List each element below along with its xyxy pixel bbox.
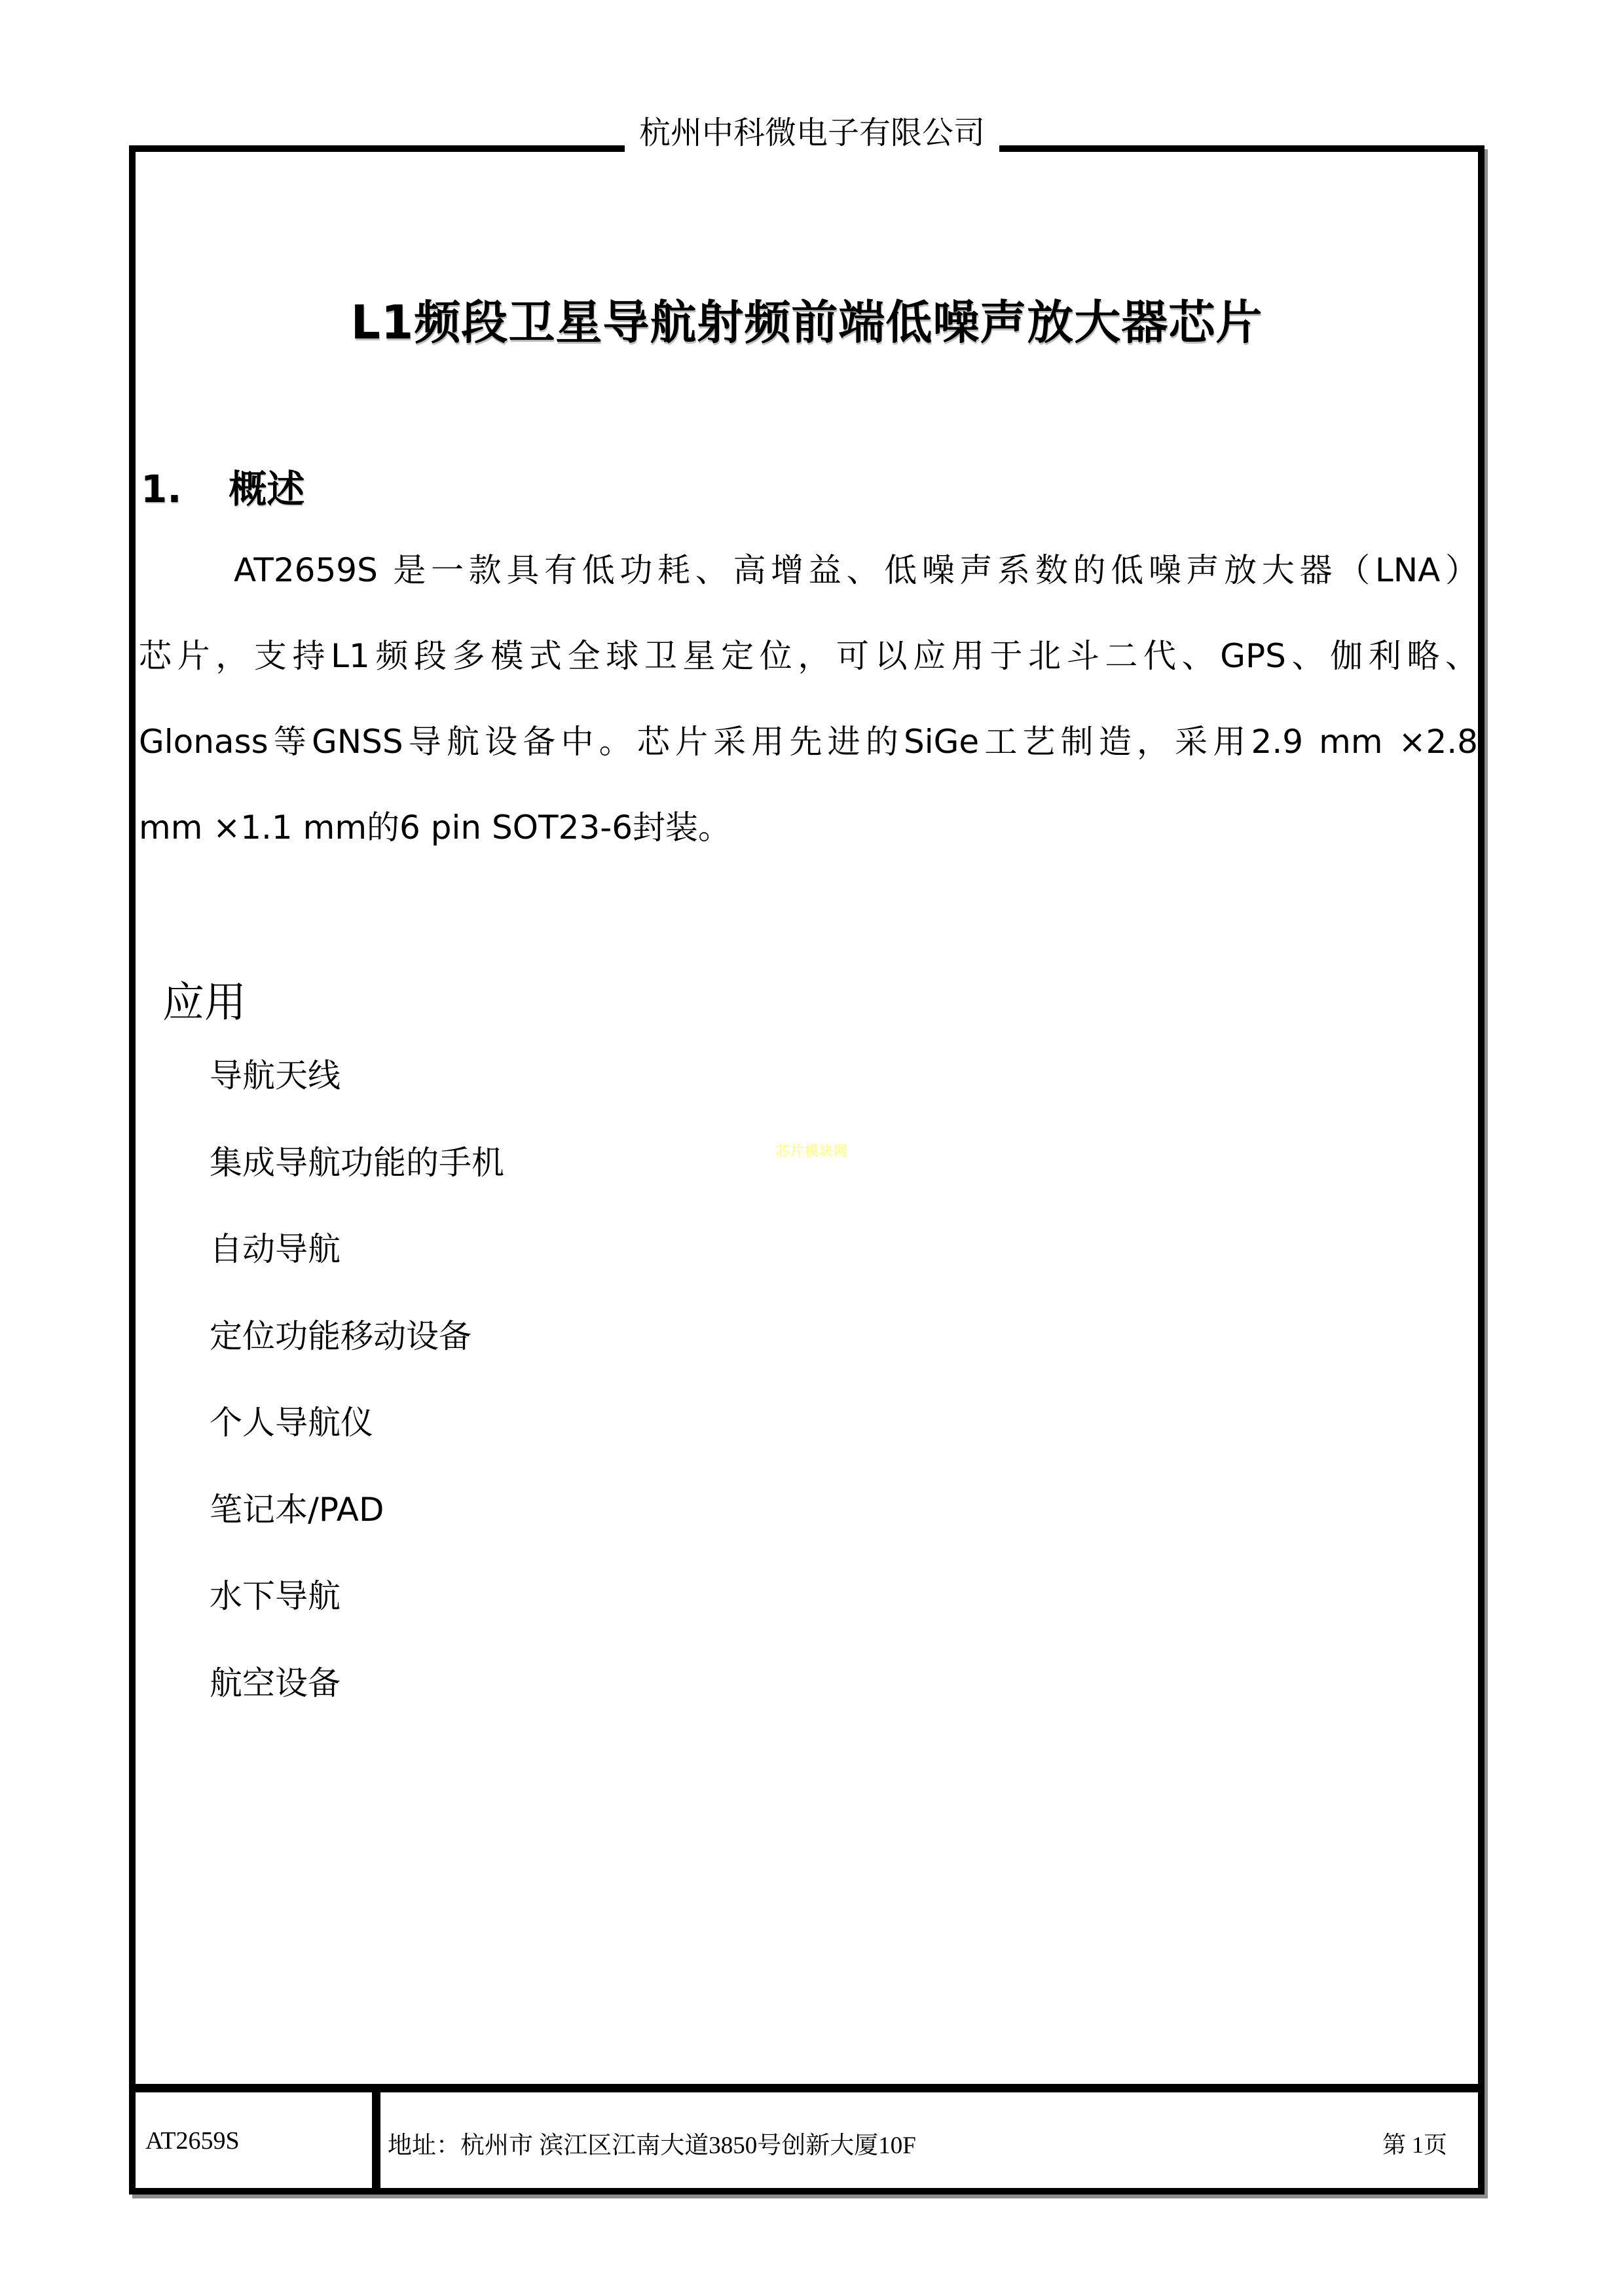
section-title: 概述 [229, 458, 304, 513]
list-item: 笔记本/PAD [210, 1467, 504, 1554]
overview-line: mm ×1.1 mm的6 pin SOT23-6封装。 [139, 785, 1478, 871]
overview-line: 芯片，支持L1频段多模式全球卫星定位，可以应用于北斗二代、GPS、伽利略、 [139, 613, 1478, 699]
list-item: 个人导航仪 [210, 1379, 504, 1467]
section-number: 1. [141, 467, 181, 511]
document-title: L1频段卫星导航射频前端低噪声放大器芯片 [136, 285, 1478, 352]
datasheet-page: 杭州中科微电子有限公司 L1频段卫星导航射频前端低噪声放大器芯片 1.概述 AT… [0, 0, 1624, 2296]
list-item: 水下导航 [210, 1553, 504, 1640]
applications-heading: 应用 [162, 969, 246, 1029]
footer-cell-divider [372, 2092, 380, 2188]
footer-address: 地址：杭州市 滨江区江南大道3850号创新大厦10F [388, 2125, 916, 2160]
overview-line: Glonass等GNSS导航设备中。芯片采用先进的SiGe工艺制造，采用2.9 … [139, 699, 1478, 785]
list-item: 自动导航 [210, 1206, 504, 1293]
list-item: 导航天线 [210, 1032, 504, 1120]
footer-page-number: 第 1页 [1382, 2126, 1447, 2160]
applications-list: 导航天线 集成导航功能的手机 自动导航 定位功能移动设备 个人导航仪 笔记本/P… [210, 1032, 504, 1726]
overview-line: AT2659S 是一款具有低功耗、高增益、低噪声系数的低噪声放大器（LNA） [139, 528, 1478, 613]
section-heading-overview: 1.概述 [141, 458, 304, 513]
list-item: 航空设备 [210, 1640, 504, 1727]
overview-paragraph: AT2659S 是一款具有低功耗、高增益、低噪声系数的低噪声放大器（LNA） 芯… [139, 528, 1478, 871]
list-item: 定位功能移动设备 [210, 1293, 504, 1380]
footer-top-rule [129, 2084, 1485, 2092]
list-item: 集成导航功能的手机 [210, 1120, 504, 1207]
footer-part-number: AT2659S [145, 2126, 240, 2155]
